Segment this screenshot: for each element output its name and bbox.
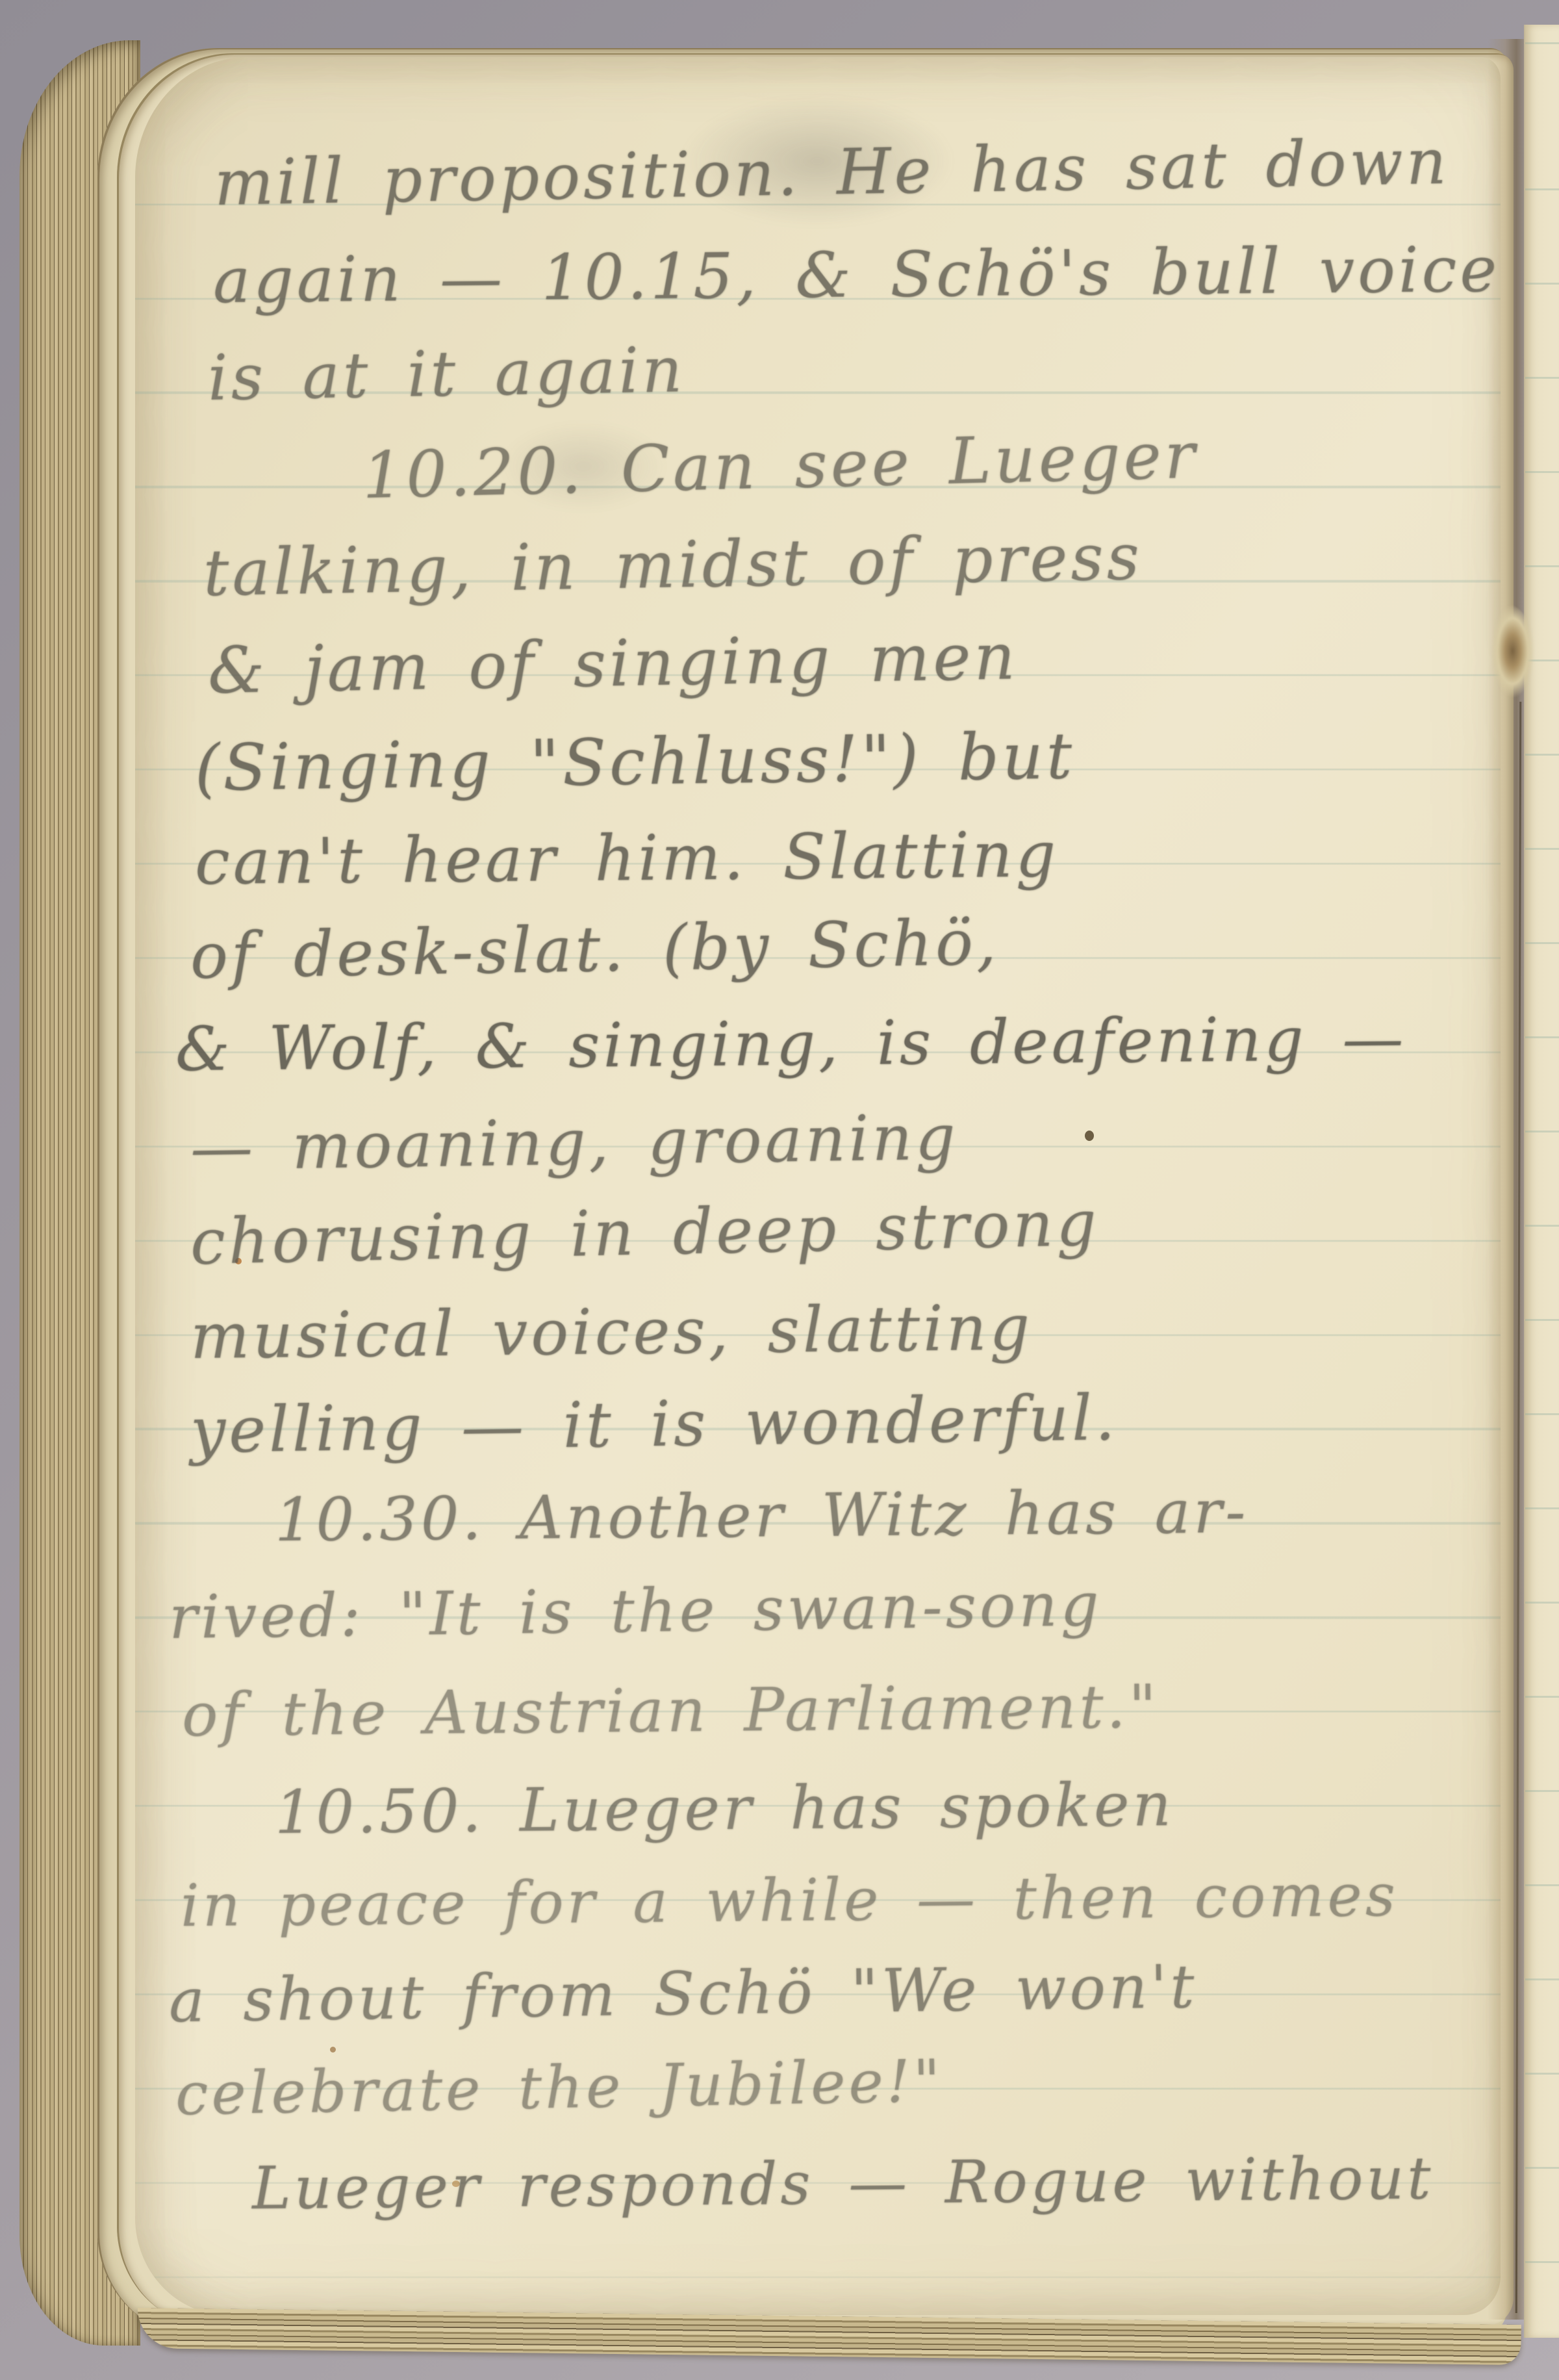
manuscript-line: musical voices, slatting — [190, 1290, 1033, 1374]
manuscript-line: celebrate the Jubilee!" — [175, 2046, 944, 2130]
manuscript-line: & Wolf, & singing, is deafening — — [175, 1003, 1407, 1086]
manuscript-line: rived: "It is the swan-song — [168, 1569, 1102, 1654]
notebook-photo: mill proposition. He has sat down again … — [0, 0, 1559, 2380]
manuscript-line: again — 10.15, & Schö's bull voice — [212, 233, 1500, 318]
manuscript-line: is at it again — [207, 333, 686, 416]
gutter-shadow — [1488, 39, 1527, 2320]
manuscript-line: — moaning, groaning — [190, 1100, 959, 1186]
manuscript-line: in peace for a while — then comes — [181, 1861, 1399, 1941]
manuscript-line: 10.30. Another Witz has ar- — [275, 1476, 1249, 1556]
paper-speck — [1085, 1131, 1094, 1141]
manuscript-line: (Singing "Schluss!") but — [194, 719, 1076, 808]
paper-speck — [330, 2047, 336, 2053]
next-page-edge — [1524, 25, 1559, 2338]
manuscript-line: can't hear him. Slatting — [194, 817, 1059, 900]
manuscript-line: of the Austrian Parliament." — [182, 1671, 1160, 1752]
manuscript-line: 10.50. Lueger has spoken — [275, 1769, 1175, 1849]
ruled-lines — [1525, 25, 1559, 2338]
manuscript-line: yelling — it is wonderful. — [190, 1381, 1119, 1468]
manuscript-line: & jam of singing men — [207, 619, 1019, 710]
manuscript-line: of desk-slat. (by Schö, — [190, 905, 1000, 994]
manuscript-line: Lueger responds — Rogue without — [252, 2143, 1434, 2224]
manuscript-line: a shout from Schö "We won't — [168, 1951, 1198, 2037]
notebook-page: mill proposition. He has sat down again … — [135, 57, 1501, 2315]
